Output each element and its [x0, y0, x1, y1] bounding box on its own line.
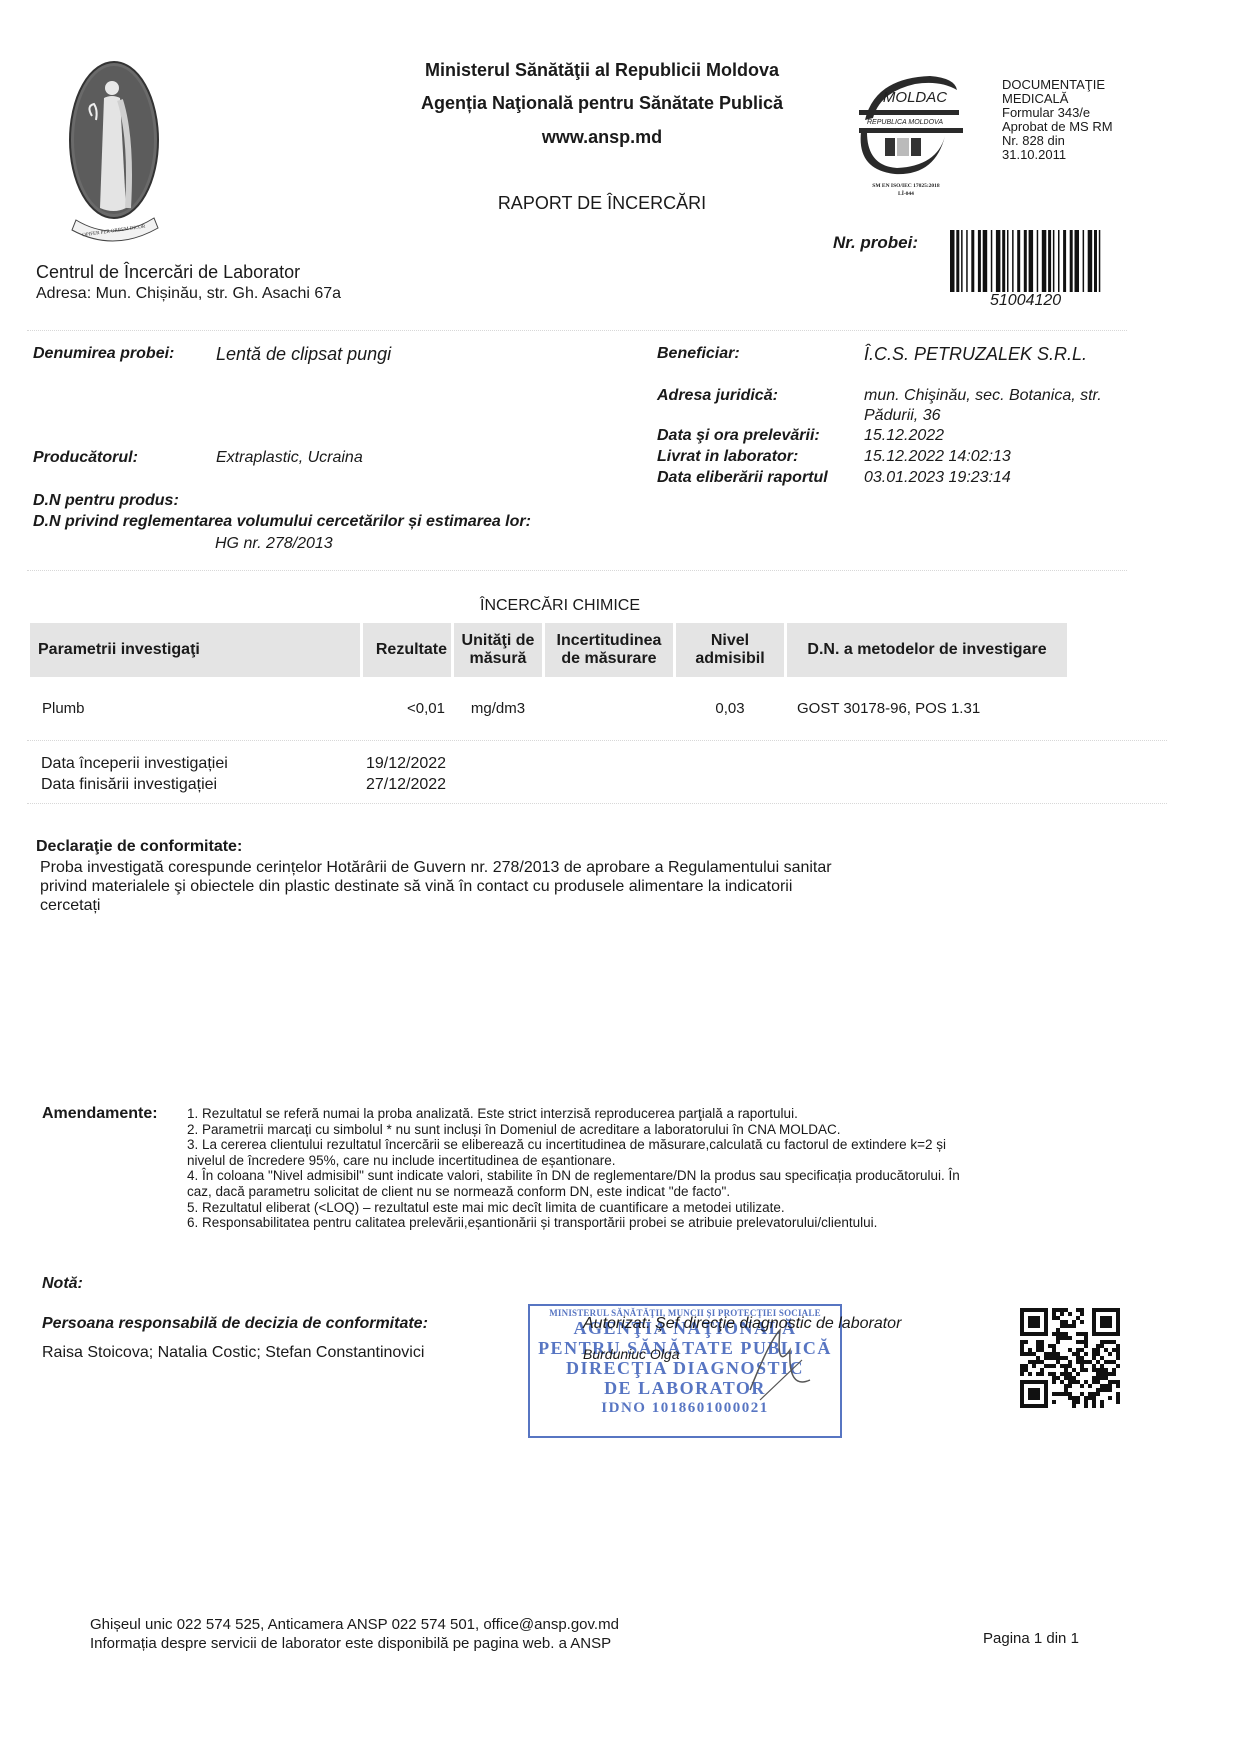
footer-info-line: Informația despre servicii de laborator …	[90, 1634, 619, 1653]
tests-section-title: ÎNCERCĂRI CHIMICE	[480, 597, 640, 615]
producer-value: Extraplastic, Ucraina	[216, 449, 363, 467]
amendment-item: 2. Parametrii marcați cu simbolul * nu s…	[187, 1122, 1137, 1138]
sampling-date-label: Data şi ora prelevării:	[657, 427, 820, 445]
agency-name: Agenția Naţională pentru Sănătate Public…	[362, 93, 842, 114]
responsible-label: Persoana responsabilă de decizia de conf…	[42, 1315, 428, 1333]
documentation-metadata: DOCUMENTAŢIE MEDICALĂ Formular 343/e Apr…	[1002, 78, 1113, 162]
amendment-item: nivelul de încredere 95%, care nu includ…	[187, 1153, 1137, 1169]
col-admissible: Niveladmisibil	[676, 623, 784, 677]
col-uncertainty: Incertitudineade măsurare	[545, 623, 673, 677]
conformity-title: Declaraţie de conformitate:	[36, 838, 242, 856]
amendment-item: 4. În coloana "Nivel admisibil" sunt ind…	[187, 1168, 1137, 1184]
page-number: Pagina 1 din 1	[983, 1630, 1079, 1647]
dn-product-label: D.N pentru produs:	[33, 492, 179, 510]
authorized-by-label: Autorizat: Şef direcţie diagnostic de la…	[583, 1315, 901, 1333]
verification-qr-code[interactable]	[1020, 1308, 1120, 1408]
doc-meta-line: DOCUMENTAŢIE	[1002, 78, 1113, 92]
legal-address-label: Adresa juridică:	[657, 387, 778, 405]
amendment-item: caz, dacă parametru solicitat de client …	[187, 1184, 1137, 1200]
conformity-line: Proba investigată corespunde cerințelor …	[40, 858, 832, 877]
sample-number: 51004120	[990, 292, 1061, 310]
table-row: Plumb <0,01 mg/dm3 0,03 GOST 30178-96, P…	[30, 677, 1067, 739]
divider	[27, 330, 1127, 331]
svg-text:SM EN ISO/IEC 17025:2018: SM EN ISO/IEC 17025:2018	[872, 183, 940, 189]
cell-admissible: 0,03	[676, 677, 784, 739]
divider	[27, 803, 1167, 804]
conformity-line: privind materialele şi obiectele din pla…	[40, 877, 832, 896]
amendment-item: 6. Responsabilitatea pentru calitatea pr…	[187, 1215, 1137, 1231]
authorized-person-name: Burduniuc Olga	[583, 1346, 680, 1362]
sample-name-label: Denumirea probei:	[33, 345, 174, 363]
beneficiary-label: Beneficiar:	[657, 345, 740, 363]
col-admissible-line2: admisibil	[695, 650, 764, 667]
doc-meta-line: MEDICALĂ	[1002, 92, 1113, 106]
divider	[27, 570, 1127, 571]
cell-method: GOST 30178-96, POS 1.31	[787, 677, 1067, 739]
ansp-emblem-logo: OPIFER PER ORBEM DICOR	[62, 58, 172, 248]
svg-text:MOLDAC: MOLDAC	[883, 89, 947, 106]
dn-regulation-label: D.N privind reglementarea volumului cerc…	[33, 513, 531, 531]
conformity-text: Proba investigată corespunde cerințelor …	[40, 858, 832, 915]
sample-barcode	[950, 230, 1105, 292]
release-date-value: 03.01.2023 19:23:14	[864, 469, 1011, 487]
cell-unit: mg/dm3	[454, 677, 542, 739]
signature-mark	[740, 1320, 820, 1410]
lab-address: Adresa: Mun. Chișinău, str. Gh. Asachi 6…	[36, 285, 341, 303]
dn-regulation-value: HG nr. 278/2013	[215, 535, 333, 553]
end-date-label: Data finisării investigației	[41, 776, 217, 794]
col-admissible-line1: Nivel	[711, 632, 749, 649]
amendment-item: 1. Rezultatul se referă numai la proba a…	[187, 1106, 1137, 1122]
sample-number-label: Nr. probei:	[833, 233, 918, 253]
col-unit-line1: Unităţi de	[462, 632, 535, 649]
results-table-header: Parametrii investigaţi Rezultate Unităţi…	[30, 623, 1067, 677]
website-link[interactable]: www.ansp.md	[362, 127, 842, 148]
amendment-item: 3. La cererea clientului rezultatul înce…	[187, 1137, 1137, 1153]
doc-meta-line: 31.10.2011	[1002, 148, 1113, 162]
lab-name: Centrul de Încercări de Laborator	[36, 262, 300, 283]
start-date-label: Data începerii investigației	[41, 755, 228, 773]
amendment-item: 5. Rezultatul eliberat (<LOQ) – rezultat…	[187, 1200, 1137, 1216]
start-date-value: 19/12/2022	[366, 755, 446, 773]
moldac-accreditation-logo: MOLDAC REPUBLICA MOLDOVA SM EN ISO/IEC 1…	[845, 70, 967, 200]
amendments-list: 1. Rezultatul se referă numai la proba a…	[187, 1106, 1137, 1231]
footer-contact-line: Ghișeul unic 022 574 525, Anticamera ANS…	[90, 1615, 619, 1634]
svg-text:REPUBLICA MOLDOVA: REPUBLICA MOLDOVA	[867, 119, 943, 126]
divider	[27, 740, 1167, 741]
col-uncertainty-line2: de măsurare	[561, 650, 656, 667]
sample-name-value: Lentă de clipsat pungi	[216, 344, 391, 365]
col-unit-line2: măsură	[470, 650, 527, 667]
responsible-names: Raisa Stoicova; Natalia Costic; Stefan C…	[42, 1344, 424, 1362]
legal-address-line2: Pădurii, 36	[864, 407, 941, 425]
ministry-name: Ministerul Sănătăţii al Republicii Moldo…	[362, 60, 842, 81]
doc-meta-line: Formular 343/e	[1002, 106, 1113, 120]
producer-label: Producătorul:	[33, 449, 138, 467]
beneficiary-value: Î.C.S. PETRUZALEK S.R.L.	[864, 344, 1087, 365]
doc-meta-line: Nr. 828 din	[1002, 134, 1113, 148]
cell-uncertainty	[545, 677, 673, 739]
footer-contact: Ghișeul unic 022 574 525, Anticamera ANS…	[90, 1615, 619, 1653]
sampling-date-value: 15.12.2022	[864, 427, 944, 445]
svg-text:LÎ-044: LÎ-044	[898, 189, 914, 197]
col-uncertainty-line1: Incertitudinea	[557, 632, 662, 649]
col-unit: Unităţi demăsură	[454, 623, 542, 677]
cell-result: <0,01	[363, 677, 451, 739]
col-method: D.N. a metodelor de investigare	[787, 623, 1067, 677]
col-parameter: Parametrii investigaţi	[30, 623, 360, 677]
amendments-label: Amendamente:	[42, 1105, 158, 1123]
conformity-line: cercetați	[40, 896, 832, 915]
delivered-value: 15.12.2022 14:02:13	[864, 448, 1011, 466]
cell-parameter: Plumb	[30, 677, 360, 739]
release-date-label: Data eliberării raportul	[657, 469, 828, 487]
col-result: Rezultate	[363, 623, 451, 677]
doc-meta-line: Aprobat de MS RM	[1002, 120, 1113, 134]
note-label: Notă:	[42, 1275, 83, 1293]
legal-address-line1: mun. Chişinău, sec. Botanica, str.	[864, 387, 1102, 405]
results-table: Parametrii investigaţi Rezultate Unităţi…	[27, 623, 1070, 739]
end-date-value: 27/12/2022	[366, 776, 446, 794]
report-title: RAPORT DE ÎNCERCĂRI	[362, 193, 842, 214]
delivered-label: Livrat in laborator:	[657, 448, 798, 466]
